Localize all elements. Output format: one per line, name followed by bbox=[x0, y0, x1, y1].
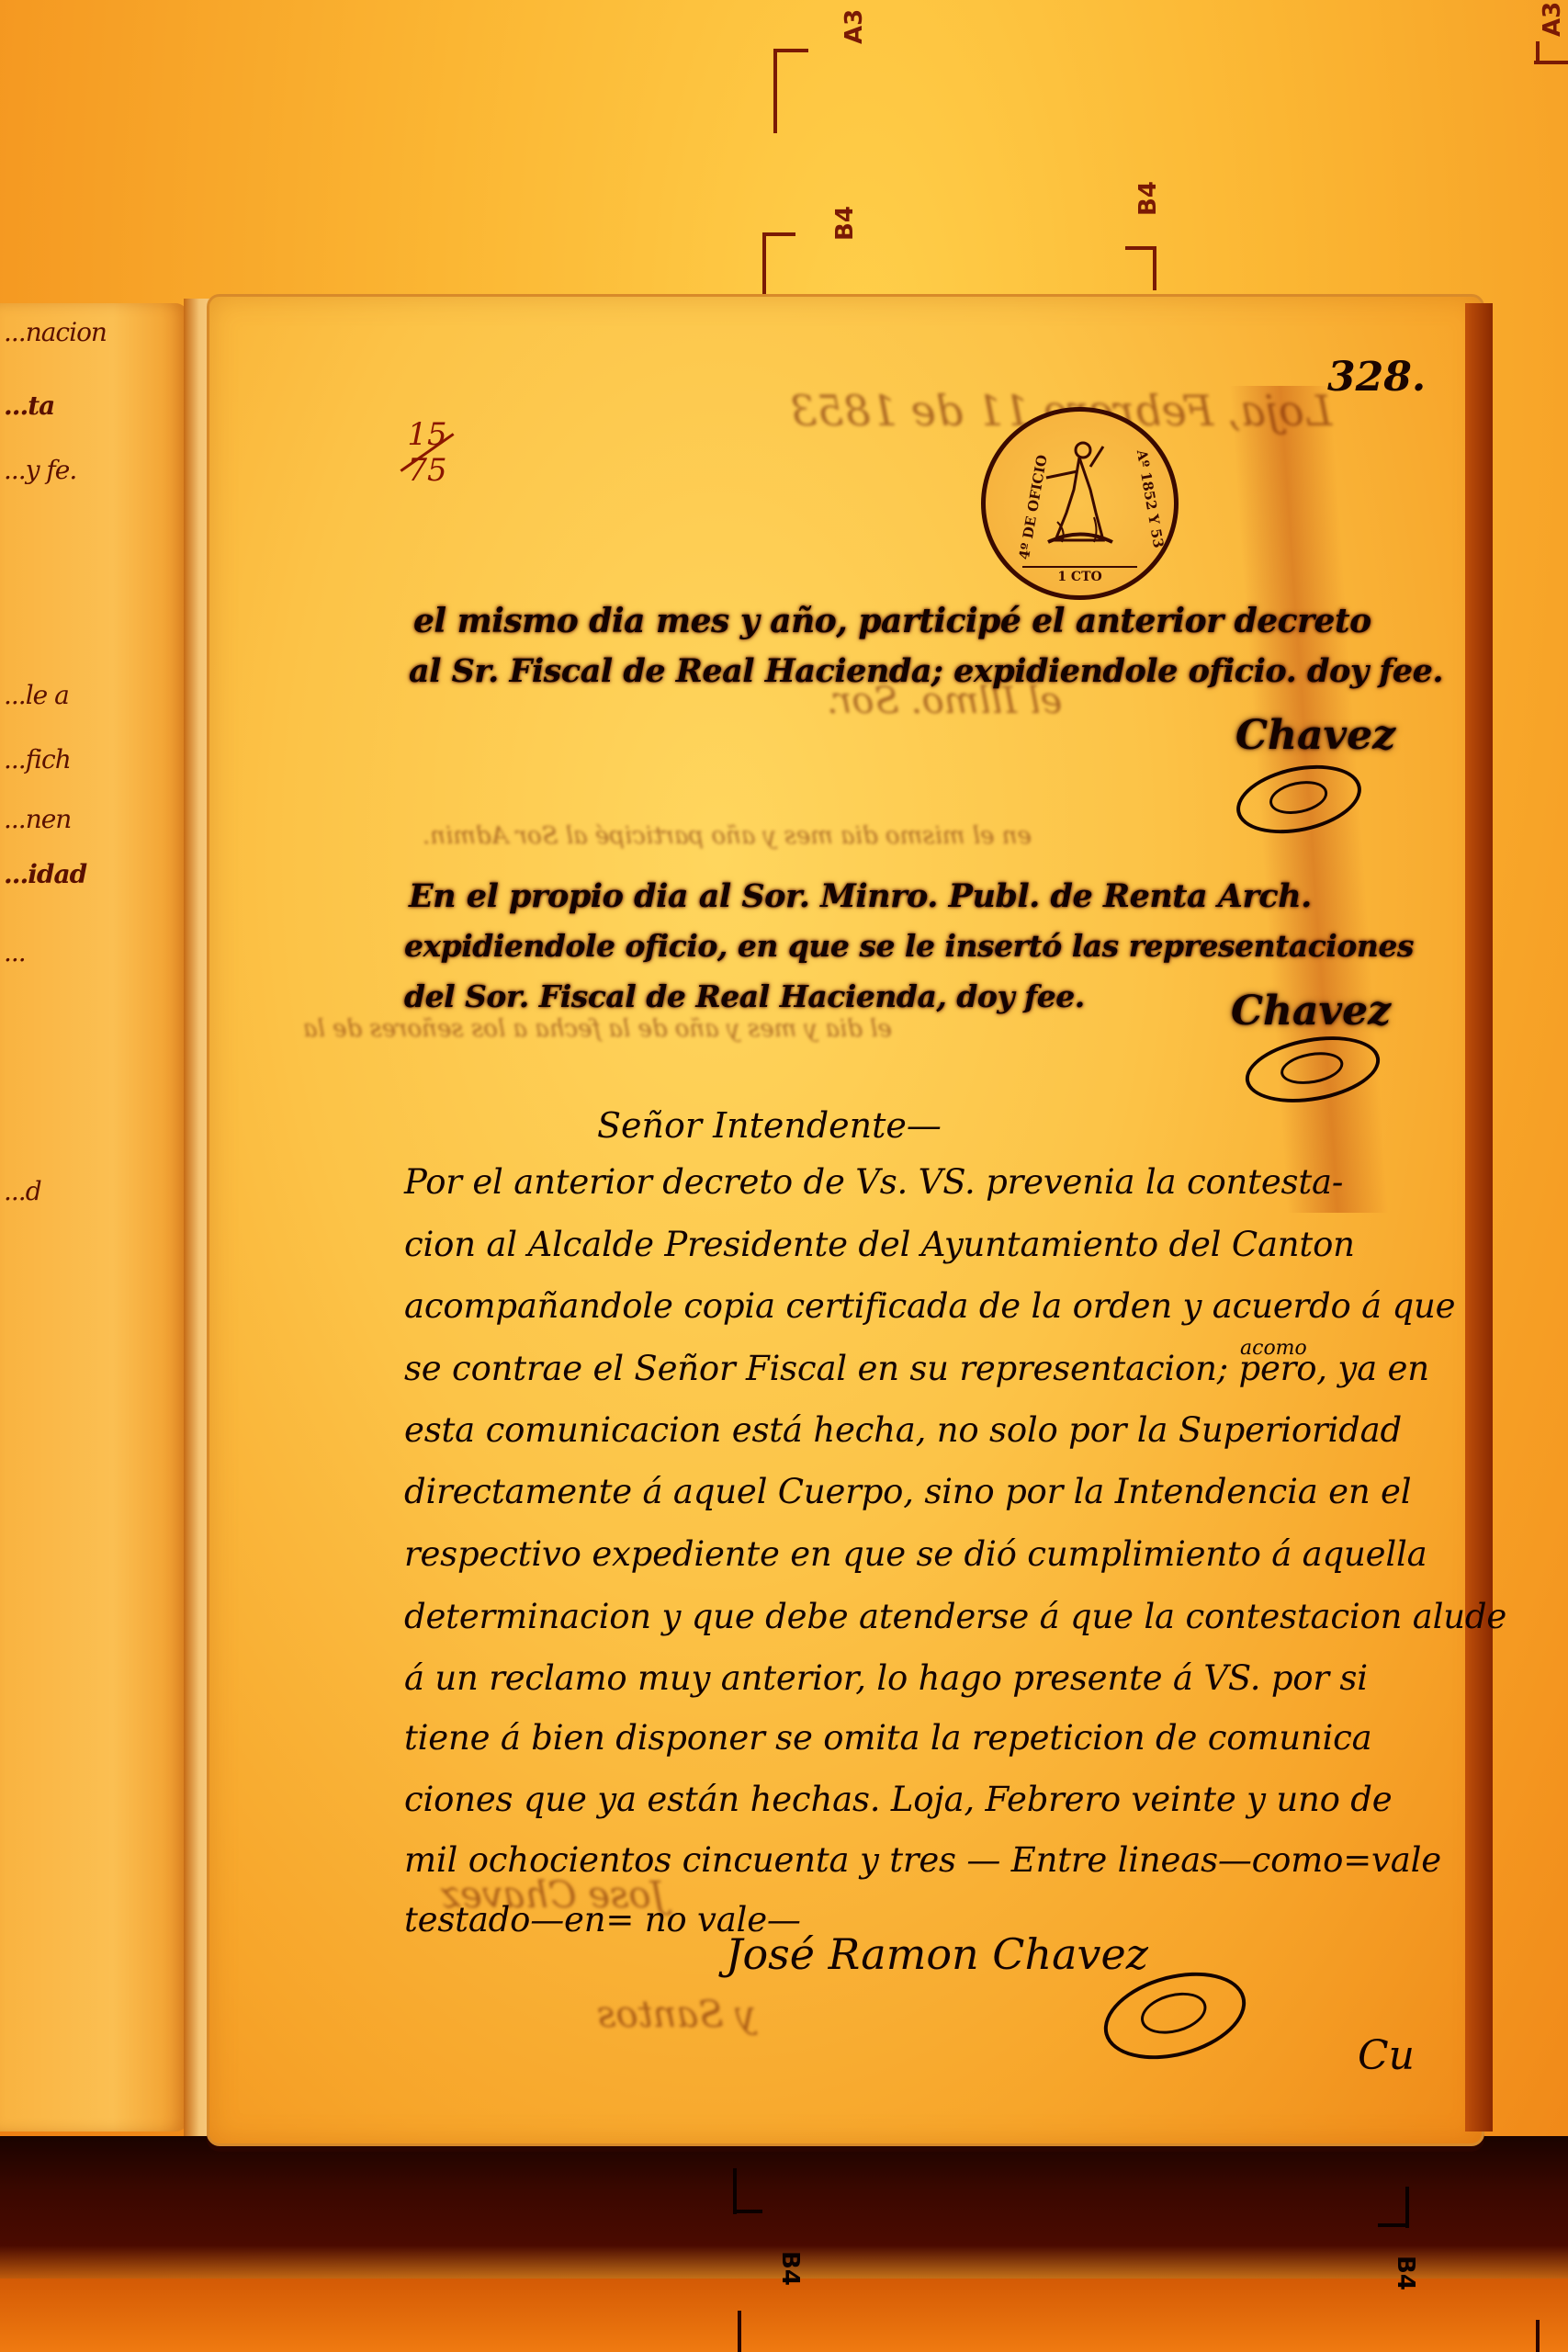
left-page-line: ...y fe. bbox=[4, 455, 76, 485]
letter-line: mil ochocientos cincuenta y tres — Entre… bbox=[404, 1840, 1441, 1880]
letter-line: ciones que ya están hechas. Loja, Febrer… bbox=[404, 1780, 1392, 1819]
crop-mark-a3-left bbox=[773, 51, 777, 133]
crop-mark-b4-right-h bbox=[1125, 246, 1156, 250]
letter-line: determinacion y que debe atenderse á que… bbox=[404, 1597, 1506, 1636]
entry-1-line-2: al Sr. Fiscal de Real Hacienda; expidien… bbox=[409, 652, 1443, 690]
ruler-tick-bottom-2 bbox=[1536, 2320, 1540, 2352]
crop-label-b4-right: B4 bbox=[1134, 181, 1162, 216]
left-page-line: ...nacion bbox=[4, 317, 107, 347]
entry-2-line-1: En el propio dia al Sor. Minro. Publ. de… bbox=[409, 877, 1312, 915]
crop-mark-b4-left-h bbox=[762, 232, 795, 236]
crop-label-b4-bottom-right: B4 bbox=[1392, 2256, 1419, 2290]
crop-mark-b4-bottom-left bbox=[733, 2168, 737, 2214]
entry-2-signature: Chavez bbox=[1231, 988, 1391, 1035]
letter-line: Por el anterior decreto de Vs. VS. preve… bbox=[404, 1162, 1343, 1202]
crop-label-a3-left: A3 bbox=[840, 9, 868, 44]
crop-mark-a3-left-h bbox=[773, 49, 808, 52]
seal-value: 1 CTO bbox=[1022, 566, 1137, 584]
letter-line: respectivo expediente en que se dió cump… bbox=[404, 1534, 1427, 1574]
ruler-tick-bottom-1 bbox=[738, 2311, 741, 2352]
table-surface bbox=[0, 2278, 1568, 2352]
crop-mark-b4-bottom-right bbox=[1405, 2187, 1409, 2228]
letter-line: se contrae el Señor Fiscal en su represe… bbox=[404, 1349, 1429, 1388]
entry-1-line-1: el mismo dia mes y año, participé el ant… bbox=[413, 602, 1371, 640]
margin-note: 15 75 bbox=[390, 418, 464, 487]
letter-line: directamente á aquel Cuerpo, sino por la… bbox=[404, 1472, 1411, 1511]
letter-salutation: Señor Intendente— bbox=[597, 1105, 942, 1146]
letter-line: acompañandole copia certificada de la or… bbox=[404, 1286, 1455, 1326]
page-edge bbox=[1465, 303, 1493, 2131]
left-page-line: ...ta bbox=[4, 390, 54, 421]
left-page-line: ...fich bbox=[4, 744, 71, 775]
entry-2-line-2: expidiendole oficio, en que se le insert… bbox=[404, 928, 1414, 964]
crop-label-b4-left: B4 bbox=[831, 206, 859, 241]
left-page-line: ...idad bbox=[4, 859, 86, 889]
bleed-through-text: y Santos bbox=[597, 1994, 756, 2036]
entry-1-signature: Chavez bbox=[1235, 712, 1395, 759]
crop-mark-b4-bottom-right-h bbox=[1378, 2223, 1407, 2227]
letter-signature: José Ramon Chavez bbox=[726, 1929, 1148, 1979]
entry-2-line-3: del Sor. Fiscal de Real Hacienda, doy fe… bbox=[404, 978, 1085, 1014]
crop-mark-b4-bottom-left-h bbox=[733, 2210, 762, 2213]
catchword: Cu bbox=[1358, 2032, 1415, 2079]
crop-mark-b4-right bbox=[1153, 246, 1156, 290]
bleed-through-text: el dia y mes y año de la fecha a los señ… bbox=[303, 1015, 892, 1043]
letter-line: á un reclamo muy anterior, lo hago prese… bbox=[404, 1658, 1368, 1698]
crop-label-b4-bottom-left: B4 bbox=[776, 2251, 804, 2286]
seal-text-right: Aº 1852 Y 53 bbox=[1134, 448, 1168, 549]
left-page-line: ...nen bbox=[4, 804, 71, 834]
left-page-line: ...d bbox=[4, 1176, 41, 1206]
bleed-through-text: en el mismo dia mes y año participé al S… bbox=[423, 822, 1032, 850]
left-page-fragment: ...nacion ...ta ...y fe. ...le a ...fich… bbox=[0, 303, 188, 2131]
left-page-line: ...le a bbox=[4, 680, 69, 710]
crop-mark-b4-left bbox=[762, 234, 766, 294]
letter-line: esta comunicacion está hecha, no solo po… bbox=[404, 1410, 1402, 1450]
seated-liberty-figure-icon bbox=[1039, 439, 1122, 559]
crop-label-a3-right: A3 bbox=[1539, 2, 1566, 37]
folio-number: 328. bbox=[1327, 354, 1426, 401]
letter-line: tiene á bien disponer se omita la repeti… bbox=[404, 1718, 1372, 1758]
crop-mark-a3-right-h bbox=[1534, 61, 1568, 64]
left-page-line: ... bbox=[4, 937, 26, 967]
stamp-seal: 4º DE OFICIO Aº 1852 Y 53 1 CTO bbox=[981, 407, 1179, 600]
letter-line: cion al Alcalde Presidente del Ayuntamie… bbox=[404, 1225, 1355, 1264]
